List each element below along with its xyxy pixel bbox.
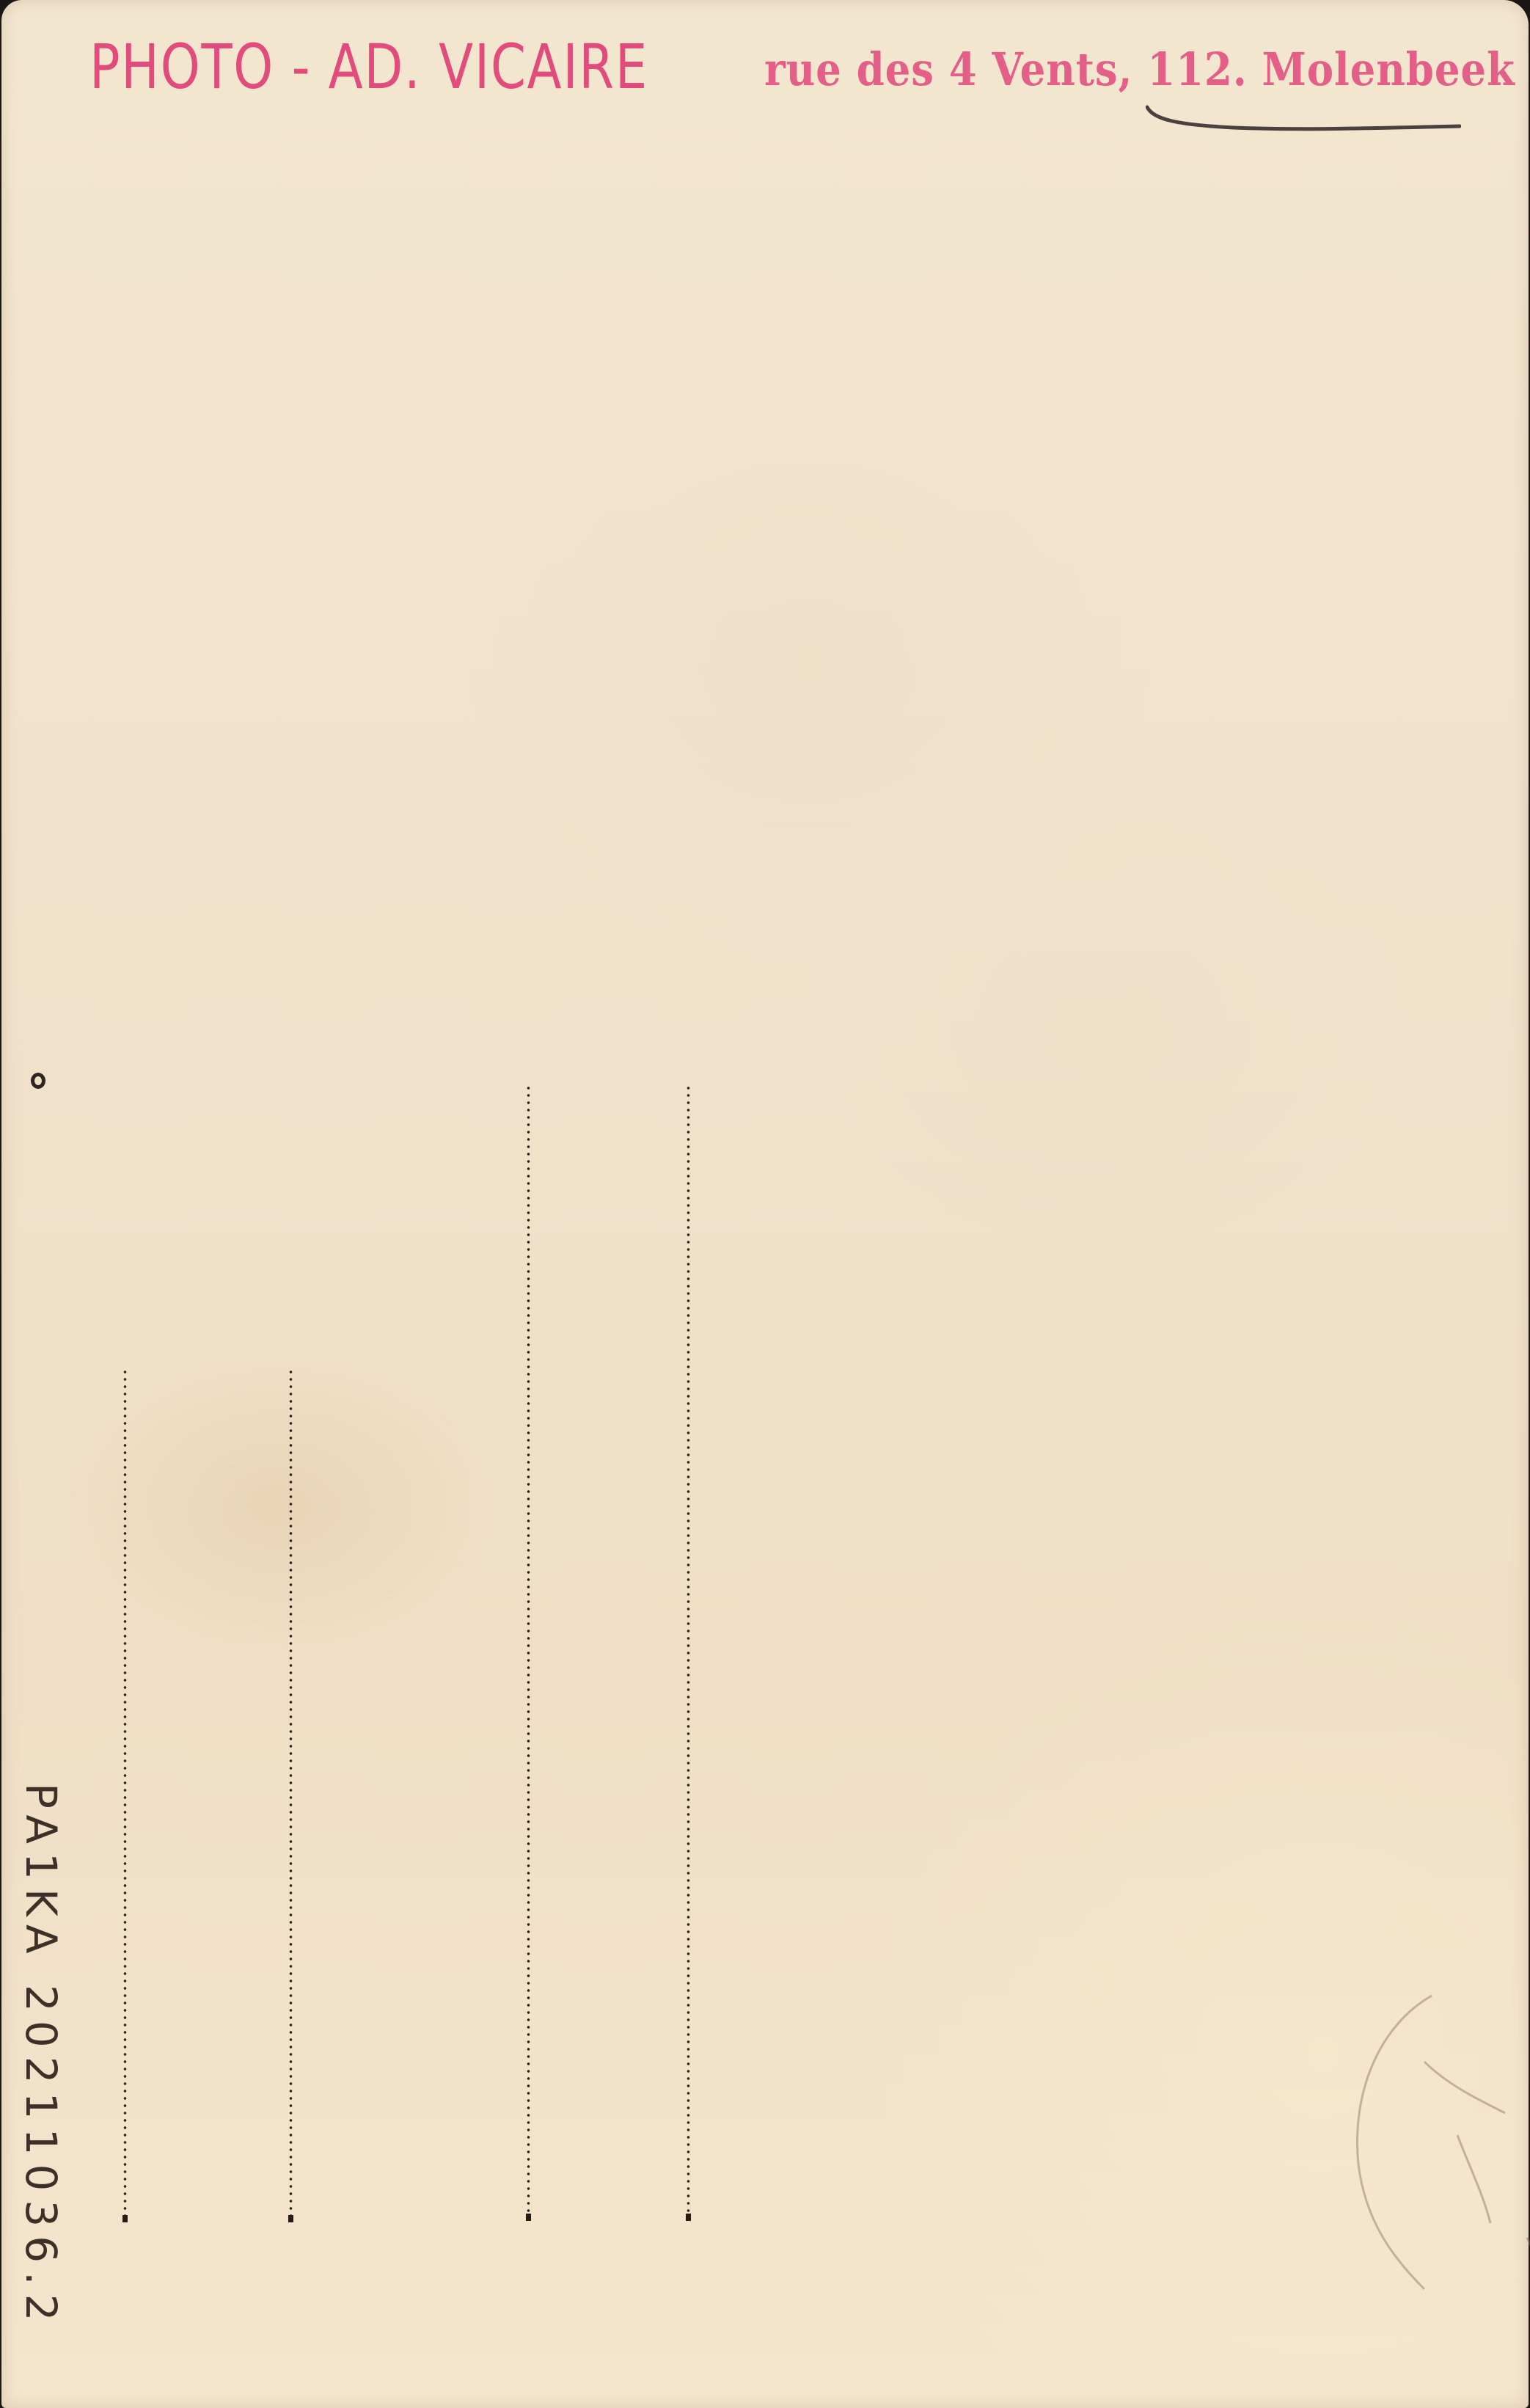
photographer-stamp: PHOTO - AD. VICAIRE rue des 4 Vents, 112… <box>89 31 771 103</box>
small-ring-mark <box>31 1073 45 1089</box>
handwritten-reference: PA1KA 20211036.2 <box>16 1783 66 2330</box>
photographer-address: rue des 4 Vents, 112. Molenbeek <box>764 43 1515 96</box>
address-line-2 <box>289 1368 293 2219</box>
address-line-3 <box>527 1084 530 2218</box>
postcard-back: PHOTO - AD. VICAIRE rue des 4 Vents, 112… <box>1 0 1529 2408</box>
photographer-name: PHOTO - AD. VICAIRE <box>89 31 648 103</box>
pencil-sketch-icon <box>1314 1944 1530 2311</box>
address-line-1 <box>123 1368 127 2219</box>
address-line-4 <box>687 1084 690 2218</box>
pencil-underline-mark <box>1146 103 1461 139</box>
